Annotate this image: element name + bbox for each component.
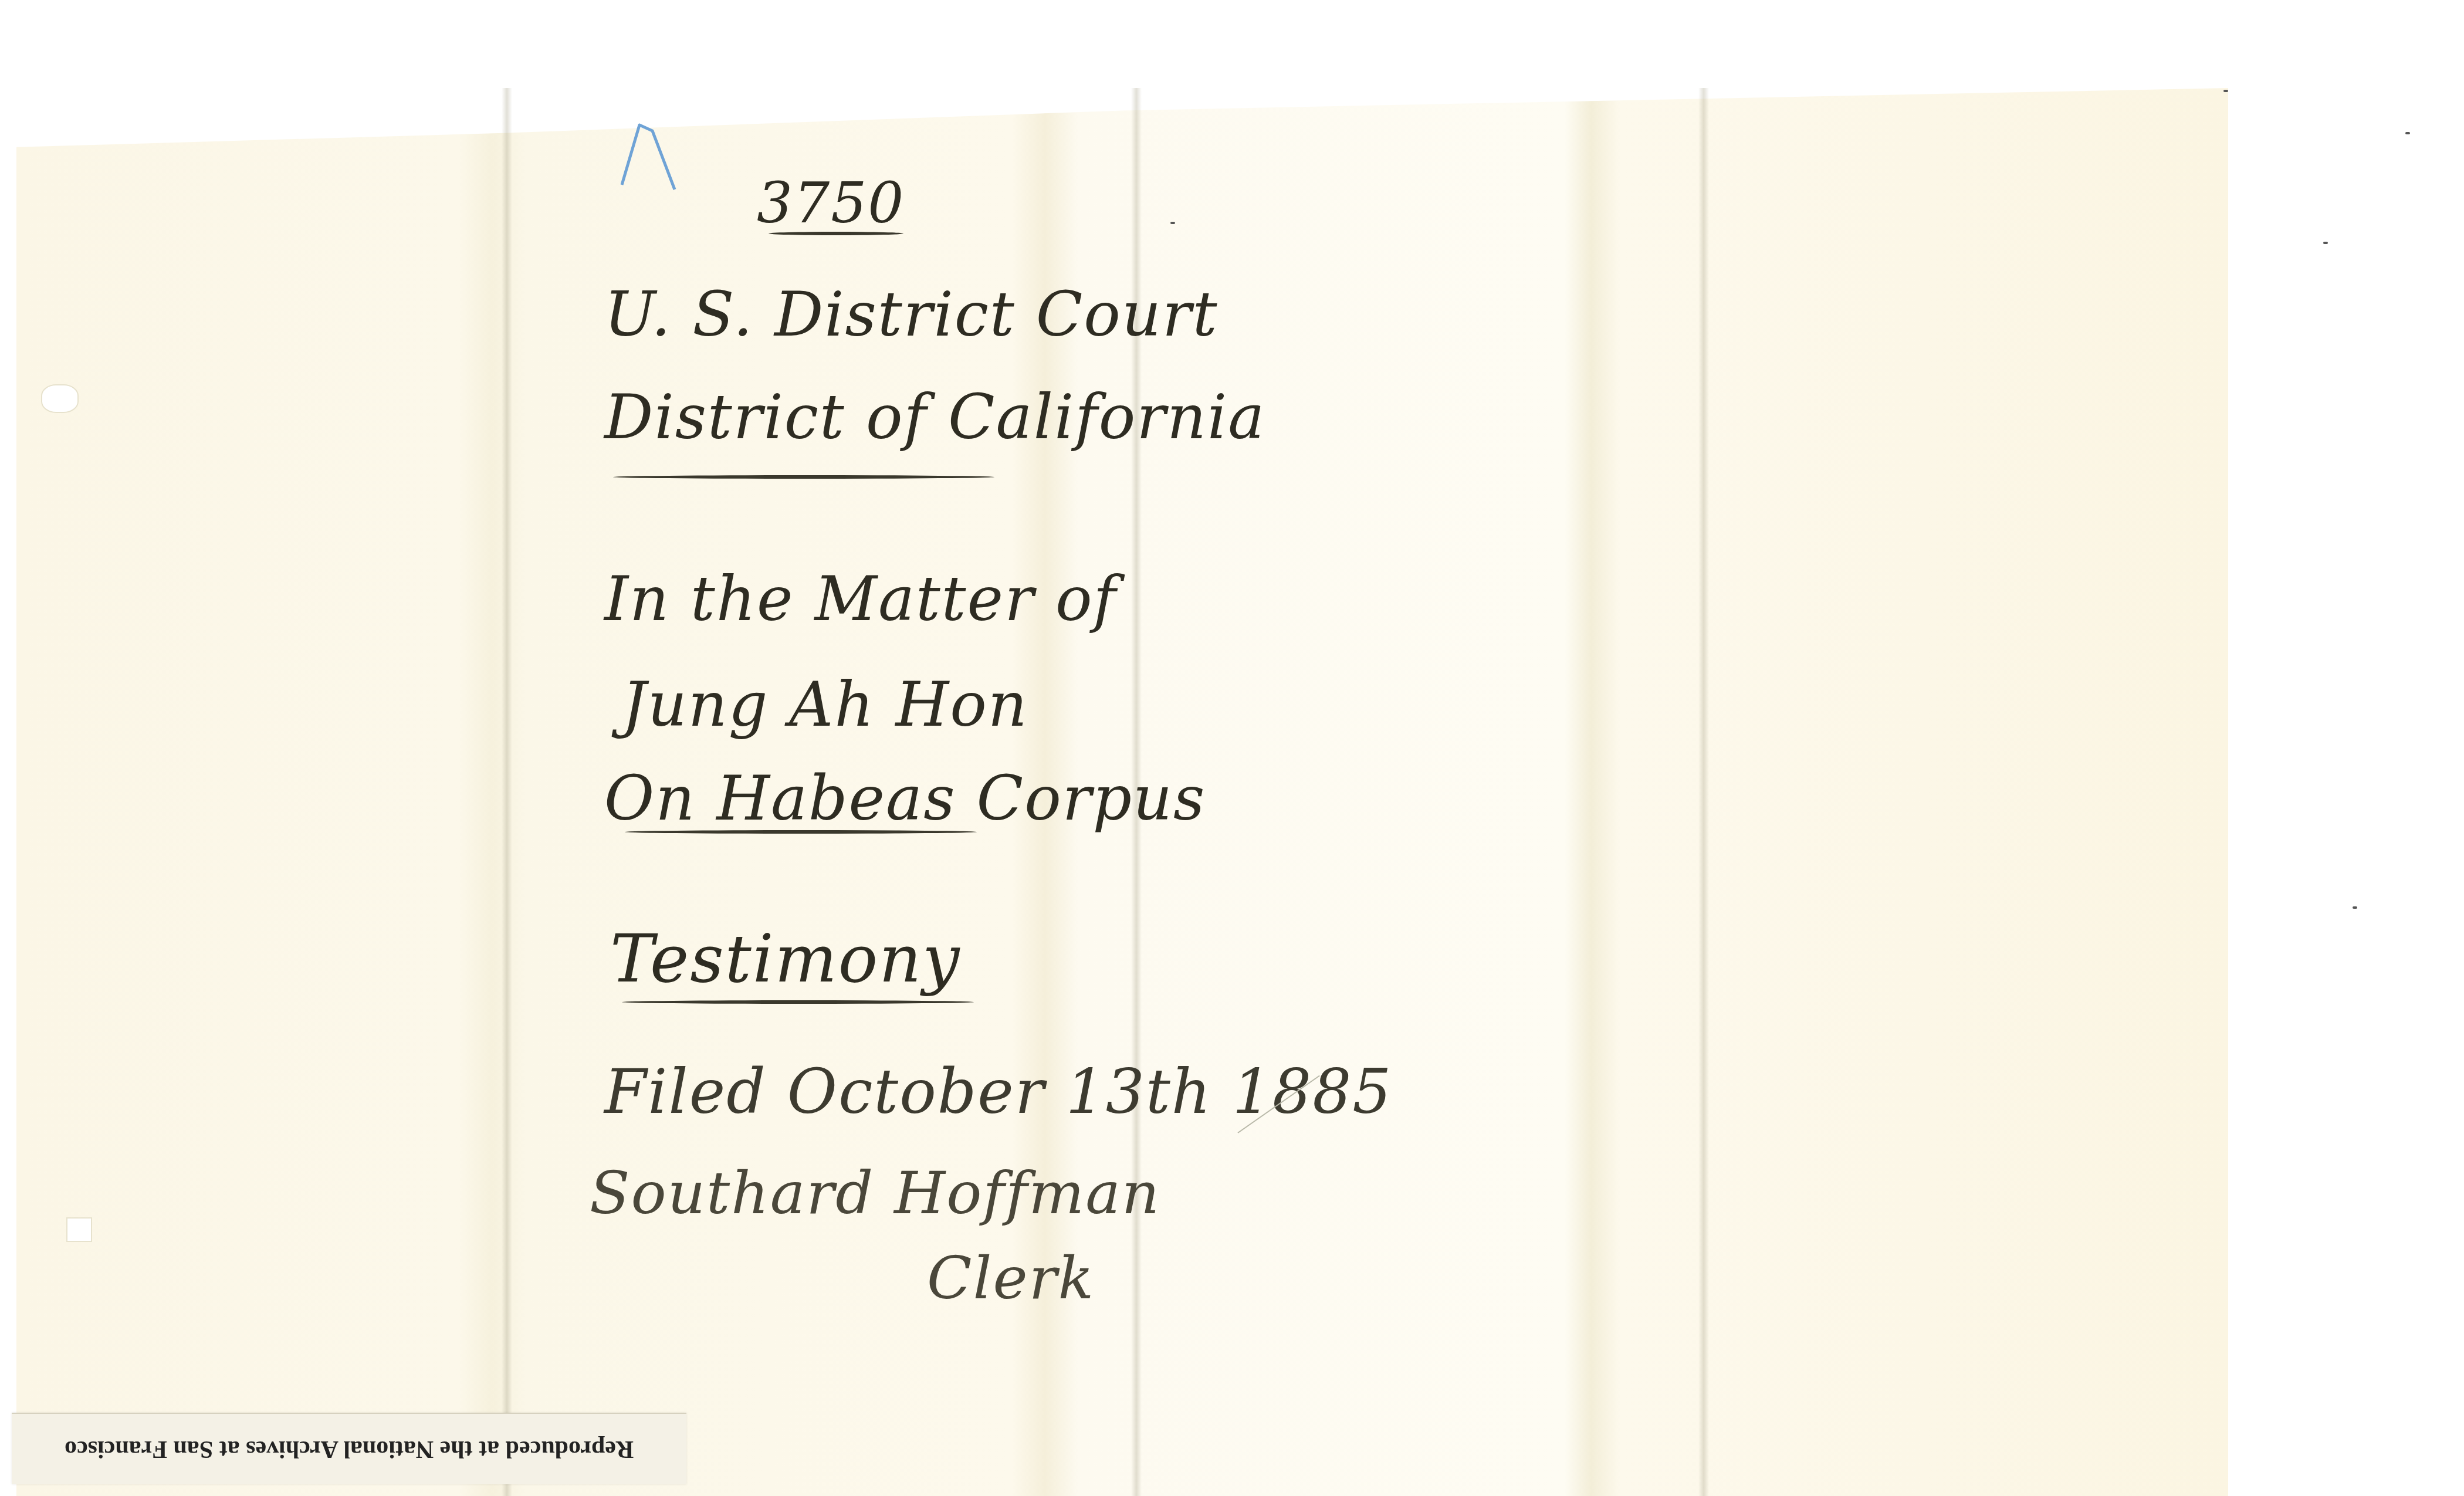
fold-line [1698, 88, 1709, 1496]
matter-intro: In the Matter of [604, 563, 1117, 635]
doc-type-underline [622, 1000, 974, 1004]
speck [2223, 90, 2228, 92]
document-type: Testimony [610, 921, 961, 997]
paper-hole [41, 384, 79, 413]
speck [1170, 222, 1175, 224]
speck [2405, 132, 2410, 134]
writ-underline [625, 830, 977, 834]
district-underline [613, 475, 994, 479]
paper-hole [66, 1217, 92, 1242]
clerk-signature: Southard Hoffman [590, 1159, 1160, 1227]
fold-line [502, 88, 512, 1496]
case-number: 3750 [757, 170, 905, 236]
blue-pencil-caret-icon [616, 120, 681, 191]
speck [2353, 906, 2357, 909]
speck [2323, 242, 2328, 244]
case-number-underline [769, 232, 903, 235]
petitioner-name: Jung Ah Hon [622, 669, 1028, 740]
district-name: District of California [604, 381, 1265, 453]
filed-date: Filed October 13th 1885 [604, 1056, 1393, 1128]
archive-reproduction-stamp: Reproduced at the National Archives at S… [12, 1413, 686, 1484]
writ-type: On Habeas Corpus [604, 763, 1206, 834]
court-name: U. S. District Court [604, 279, 1218, 350]
clerk-title: Clerk [927, 1244, 1095, 1312]
stamp-text: Reproduced at the National Archives at S… [65, 1435, 634, 1463]
